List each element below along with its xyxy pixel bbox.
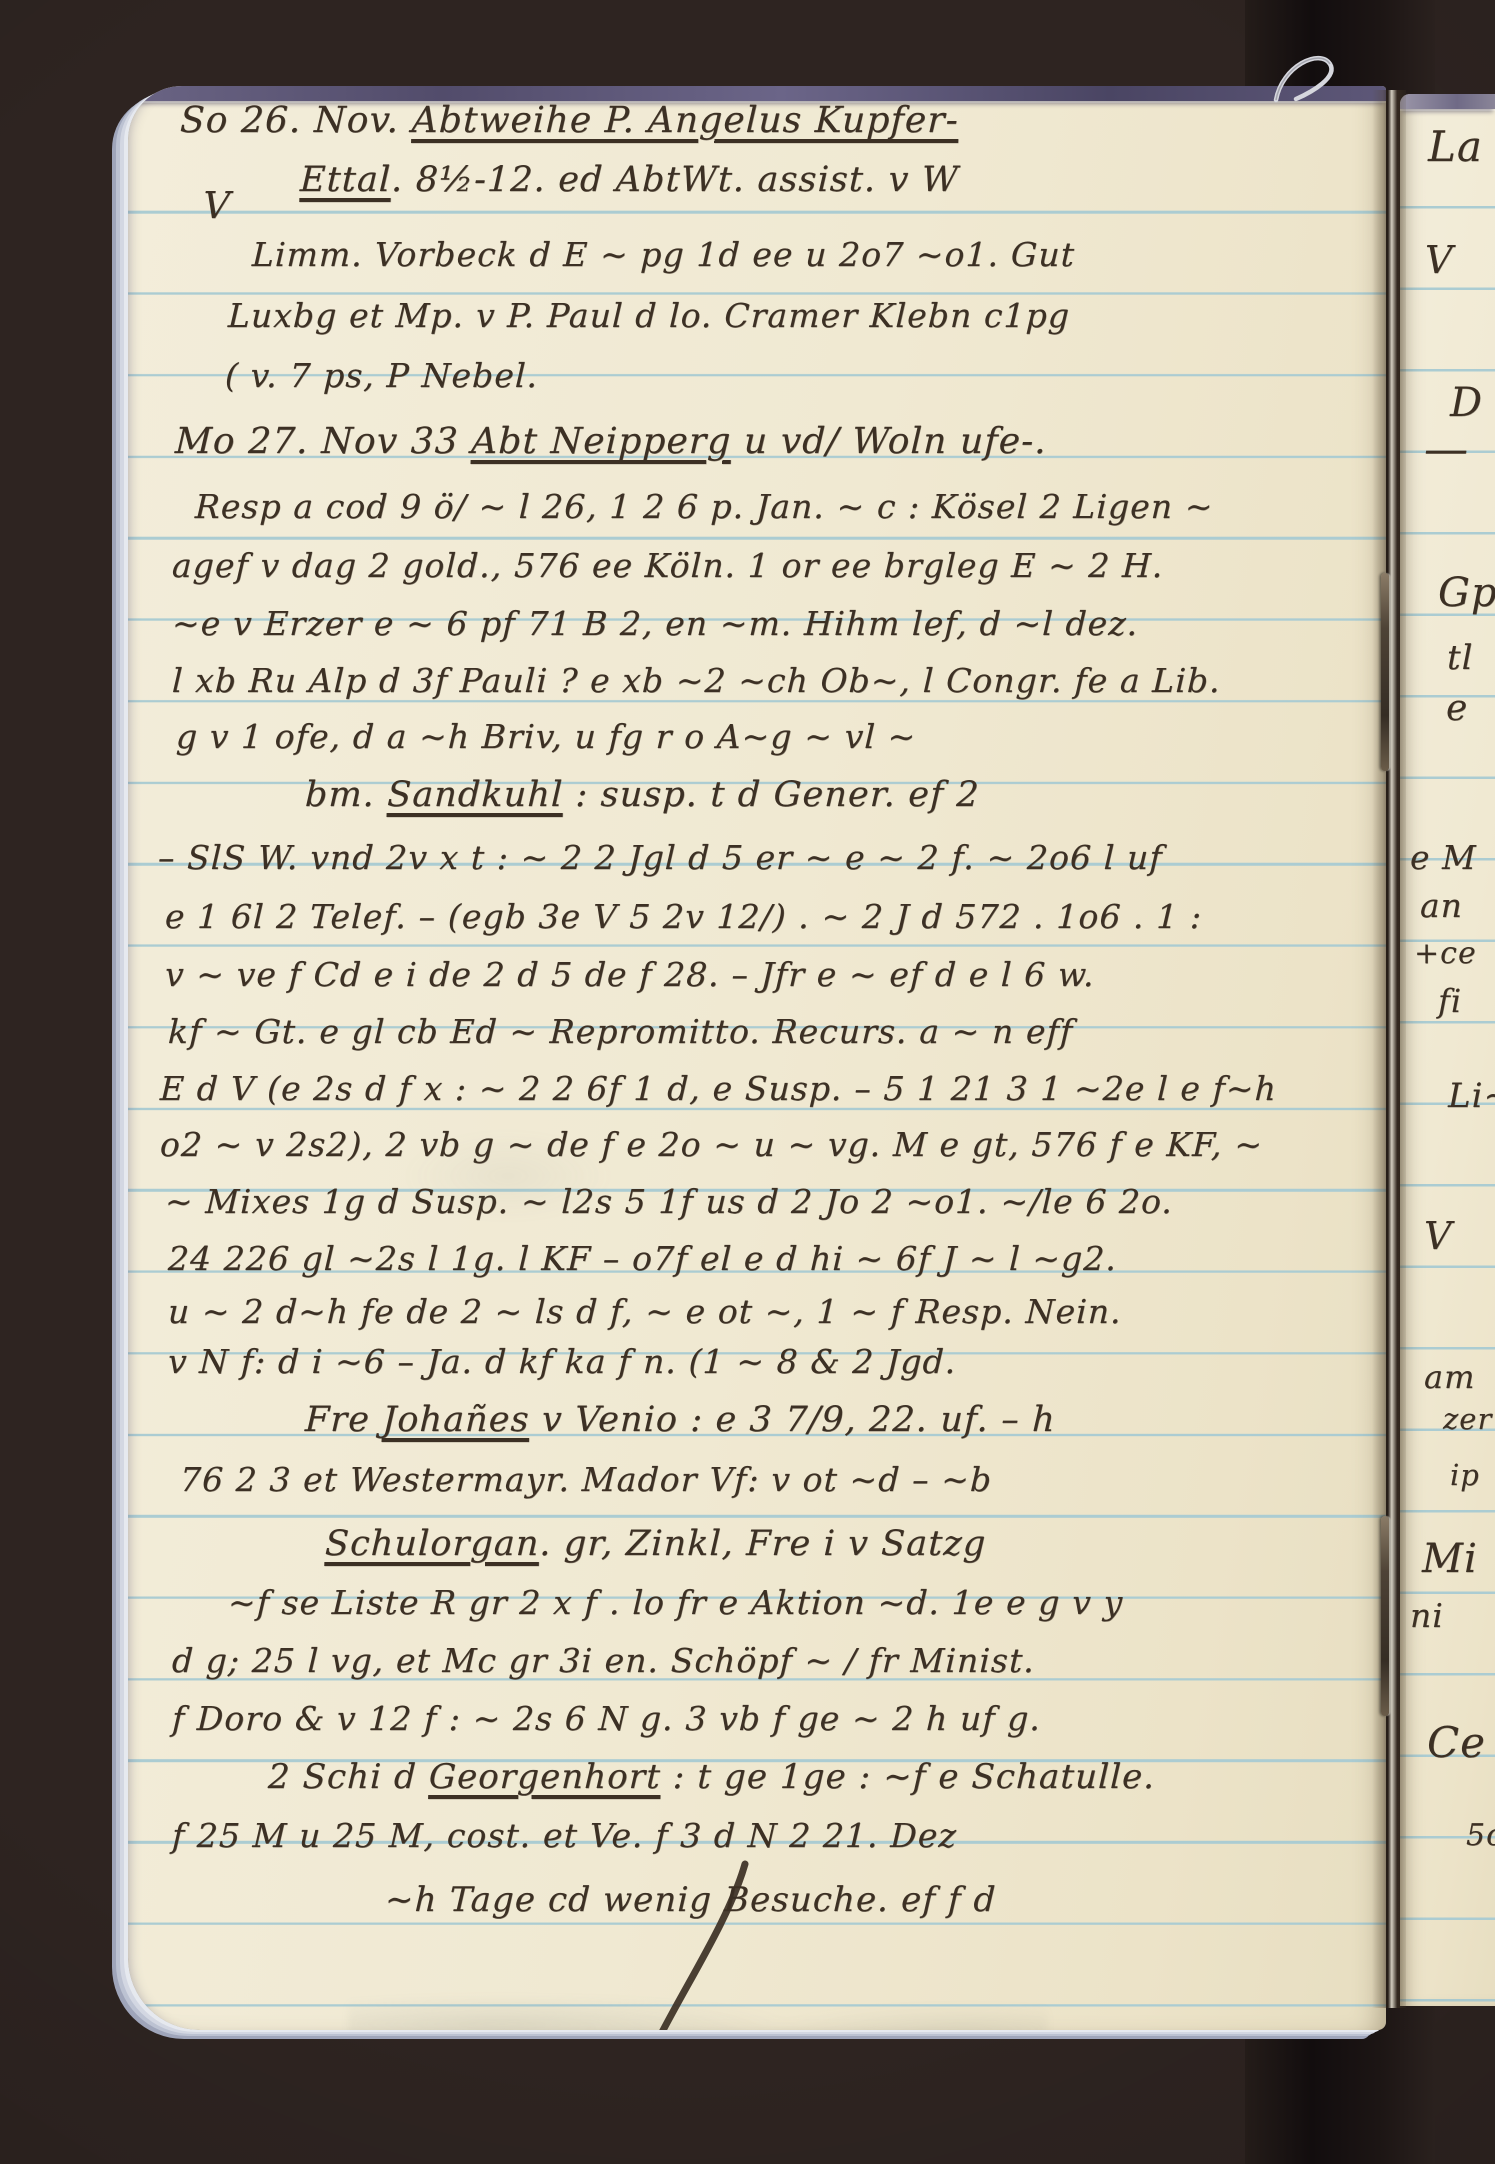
handwriting-line: 76 2 3 et Westermayr. Mador Vf: v ot ~d … xyxy=(179,1460,993,1499)
handwriting-fragment: Mi xyxy=(1422,1536,1478,1582)
handwriting-text: : t ge 1ge : ~f e Schatulle. xyxy=(660,1757,1156,1797)
handwriting-line: 2 Schi d Georgenhort : t ge 1ge : ~f e S… xyxy=(267,1757,1156,1797)
handwriting-text: ~ Mixes 1g d Susp. ~ l2s 5 1f us d 2 Jo … xyxy=(164,1182,1173,1221)
handwriting-text: V xyxy=(202,184,231,227)
handwriting-line: v ~ ve f Cd e i de 2 d 5 de f 28. – Jfr … xyxy=(164,955,1095,994)
handwriting-fragment: La xyxy=(1428,122,1483,171)
handwriting-text: 76 2 3 et Westermayr. Mador Vf: v ot ~d … xyxy=(179,1460,993,1499)
underlined-word: Schulorgan xyxy=(324,1524,540,1564)
handwriting-line: g v 1 ofe, d a ~h Briv, u fg r o A~g ~ v… xyxy=(175,717,917,756)
handwriting-fragment: fi xyxy=(1438,982,1462,1020)
handwriting-text: f Doro & v 12 f : ~ 2s 6 N g. 3 vb f ge … xyxy=(171,1699,1041,1738)
handwriting-line: kf ~ Gt. e gl cb Ed ~ Repromitto. Recurs… xyxy=(167,1012,1074,1051)
handwriting-line: 24 226 gl ~2s l 1g. l KF – o7f el e d hi… xyxy=(167,1239,1117,1278)
handwriting-line: Mo 27. Nov 33 Abt Neipperg u vd/ Woln uf… xyxy=(174,421,1047,462)
underlined-word: Ettal xyxy=(299,160,392,200)
handwriting-text: ( v. 7 ps, P Nebel. xyxy=(224,356,539,395)
binding-wire-loop-icon xyxy=(1268,42,1360,104)
handwriting-line: v N f: d i ~6 – Ja. d kf ka f n. (1 ~ 8 … xyxy=(167,1342,957,1381)
handwriting-line: ~f se Liste R gr 2 x f . lo fr e Aktion … xyxy=(227,1583,1124,1622)
handwriting-line: d g; 25 l vg, et Mc gr 3i en. Schöpf ~ /… xyxy=(171,1641,1035,1680)
handwriting-fragment: ip xyxy=(1450,1458,1480,1492)
handwriting-text: ~f se Liste R gr 2 x f . lo fr e Aktion … xyxy=(227,1583,1124,1622)
handwriting-text: agef v dag 2 gold., 576 ee Köln. 1 or ee… xyxy=(171,546,1164,585)
handwriting-line: ~e v Erzer e ~ 6 pf 71 B 2, en ~m. Hihm … xyxy=(171,604,1139,643)
handwriting-fragment: tl xyxy=(1447,638,1474,678)
handwriting-line: ~ Mixes 1g d Susp. ~ l2s 5 1f us d 2 Jo … xyxy=(164,1182,1173,1221)
handwriting-line: Limm. Vorbeck d E ~ pg 1d ee u 2o7 ~o1. … xyxy=(251,235,1075,274)
handwriting-line: – SlS W. vnd 2v x t : ~ 2 2 Jgl d 5 er ~… xyxy=(157,838,1163,877)
handwriting-fragment: — xyxy=(1424,424,1469,475)
handwriting-text: : susp. t d Gener. ef 2 xyxy=(563,775,981,815)
handwriting-text: g v 1 ofe, d a ~h Briv, u fg r o A~g ~ v… xyxy=(175,717,917,756)
handwriting-fragment: e xyxy=(1446,688,1468,729)
handwriting-line: V xyxy=(202,184,231,227)
handwriting-text: 2 Schi d xyxy=(267,1757,429,1797)
handwriting-text: kf ~ Gt. e gl cb Ed ~ Repromitto. Recurs… xyxy=(167,1012,1074,1051)
handwriting-text: Mo 27. Nov 33 xyxy=(174,421,472,462)
handwriting-text: Resp a cod 9 ö/ ~ l 26, 1 2 6 p. Jan. ~ … xyxy=(194,487,1214,526)
handwriting-line: l xb Ru Alp d 3f Pauli ? e xb ~2 ~ch Ob~… xyxy=(171,661,1221,700)
handwriting-text: d g; 25 l vg, et Mc gr 3i en. Schöpf ~ /… xyxy=(171,1641,1035,1680)
handwriting-line: bm. Sandkuhl : susp. t d Gener. ef 2 xyxy=(304,775,980,815)
handwriting-text: v ~ ve f Cd e i de 2 d 5 de f 28. – Jfr … xyxy=(164,955,1095,994)
underlined-word: Georgenhort xyxy=(428,1757,662,1797)
handwriting-fragment: am xyxy=(1424,1358,1475,1396)
handwriting-text: Fre xyxy=(304,1400,383,1440)
handwriting-line: e 1 6l 2 Telef. – (egb 3e V 5 2v 12/) . … xyxy=(164,897,1203,936)
handwriting-line: agef v dag 2 gold., 576 ee Köln. 1 or ee… xyxy=(171,546,1164,585)
diary-page-left: So 26. Nov. Abtweihe P. Angelus Kupfer-V… xyxy=(128,86,1386,2030)
handwriting-line: ( v. 7 ps, P Nebel. xyxy=(224,356,539,395)
handwriting-text: o2 ~ v 2s2), 2 vb g ~ de f e 2o ~ u ~ vg… xyxy=(159,1125,1263,1164)
handwriting-text: 24 226 gl ~2s l 1g. l KF – o7f el e d hi… xyxy=(167,1239,1117,1278)
underlined-word: Johañes xyxy=(382,1400,531,1440)
handwriting-text: – SlS W. vnd 2v x t : ~ 2 2 Jgl d 5 er ~… xyxy=(157,838,1163,877)
underlined-word: Abtweihe P. Angelus Kupfer- xyxy=(411,100,960,141)
page-top-edge-band xyxy=(128,86,1386,101)
handwriting-line: Luxbg et Mp. v P. Paul d lo. Cramer Kleb… xyxy=(227,296,1071,335)
handwriting-fragment: V xyxy=(1424,1214,1452,1258)
handwriting-text: u ~ 2 d~h fe de 2 ~ ls d f, ~ e ot ~, 1 … xyxy=(167,1292,1122,1331)
handwriting-line: Resp a cod 9 ö/ ~ l 26, 1 2 6 p. Jan. ~ … xyxy=(194,487,1214,526)
staple-top xyxy=(1381,573,1389,771)
handwriting-fragment: D xyxy=(1450,380,1483,426)
page-top-edge-band xyxy=(1400,94,1495,109)
handwriting-fragment: zer xyxy=(1443,1402,1492,1436)
handwriting-line: f 25 M u 25 M, cost. et Ve. f 3 d N 2 21… xyxy=(171,1816,957,1855)
handwriting-fragment: Gp xyxy=(1438,570,1495,616)
handwriting-text: Limm. Vorbeck d E ~ pg 1d ee u 2o7 ~o1. … xyxy=(251,235,1075,274)
handwriting-text: . 8½-12. ed AbtWt. assist. v W xyxy=(391,160,960,200)
staple-bottom xyxy=(1381,1516,1389,1716)
handwriting-text: u vd/ Woln ufe-. xyxy=(731,421,1048,462)
handwriting-line: Fre Johañes v Venio : e 3 7/9, 22. uf. –… xyxy=(304,1400,1056,1440)
handwriting-text: E d V (e 2s d f x : ~ 2 2 6f 1 d, e Susp… xyxy=(159,1069,1277,1108)
handwriting-fragment: e M xyxy=(1410,838,1477,877)
handwriting-text: . gr, Zinkl, Fre i v Satzg xyxy=(539,1524,987,1564)
handwriting-text: So 26. Nov. xyxy=(179,100,412,141)
handwriting-line: So 26. Nov. Abtweihe P. Angelus Kupfer- xyxy=(179,100,959,141)
underlined-word: Abt Neipperg xyxy=(471,421,733,462)
diary-page-right-sliver: LaVD—Gptlee Man+cefiLi~VamzeripMiniCe5o xyxy=(1400,94,1495,2006)
handwriting-text: l xb Ru Alp d 3f Pauli ? e xb ~2 ~ch Ob~… xyxy=(171,661,1221,700)
handwriting-text: v N f: d i ~6 – Ja. d kf ka f n. (1 ~ 8 … xyxy=(167,1342,957,1381)
stray-ink-stroke xyxy=(633,1858,763,2030)
handwriting-line: Ettal. 8½-12. ed AbtWt. assist. v W xyxy=(299,160,959,200)
handwriting-line: E d V (e 2s d f x : ~ 2 2 6f 1 d, e Susp… xyxy=(159,1069,1277,1108)
handwriting-fragment: V xyxy=(1425,238,1453,282)
handwriting-fragment: ni xyxy=(1410,1596,1444,1635)
handwriting-line: f Doro & v 12 f : ~ 2s 6 N g. 3 vb f ge … xyxy=(171,1699,1041,1738)
handwriting-text: Luxbg et Mp. v P. Paul d lo. Cramer Kleb… xyxy=(227,296,1071,335)
handwriting-line: u ~ 2 d~h fe de 2 ~ ls d f, ~ e ot ~, 1 … xyxy=(167,1292,1122,1331)
handwriting-text: bm. xyxy=(304,775,388,815)
handwriting-text: ~e v Erzer e ~ 6 pf 71 B 2, en ~m. Hihm … xyxy=(171,604,1139,643)
handwriting-text: v Venio : e 3 7/9, 22. uf. – h xyxy=(529,1400,1056,1440)
handwriting-text: e 1 6l 2 Telef. – (egb 3e V 5 2v 12/) . … xyxy=(164,897,1203,936)
handwriting-text: f 25 M u 25 M, cost. et Ve. f 3 d N 2 21… xyxy=(171,1816,957,1855)
scanned-notebook-photo: So 26. Nov. Abtweihe P. Angelus Kupfer-V… xyxy=(0,0,1495,2164)
handwriting-fragment: 5o xyxy=(1466,1818,1495,1853)
handwriting-line: Schulorgan. gr, Zinkl, Fre i v Satzg xyxy=(324,1524,987,1564)
handwriting-fragment: Ce xyxy=(1427,1718,1486,1767)
handwriting-fragment: Li~ xyxy=(1448,1076,1495,1116)
handwriting-line: o2 ~ v 2s2), 2 vb g ~ de f e 2o ~ u ~ vg… xyxy=(159,1125,1263,1164)
underlined-word: Sandkuhl xyxy=(387,775,564,815)
handwriting-fragment: +ce xyxy=(1414,936,1477,971)
handwriting-fragment: an xyxy=(1420,886,1463,925)
